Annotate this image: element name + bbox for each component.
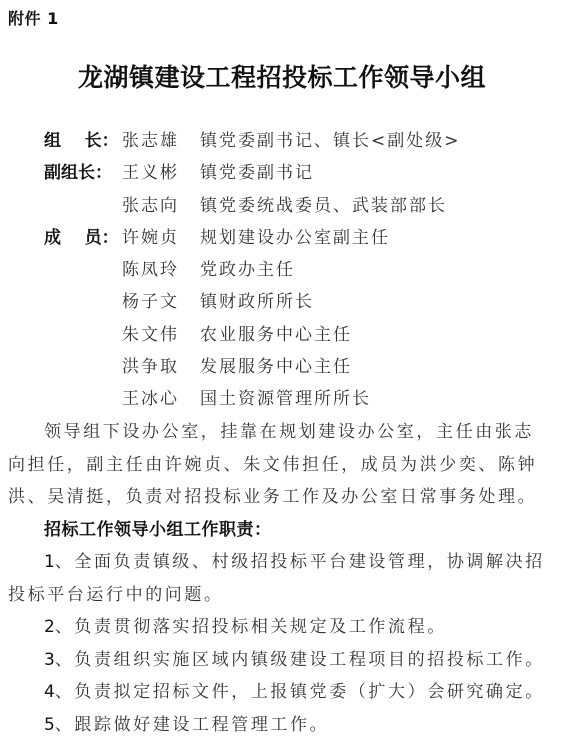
- office-paragraph-line: 向担任，副主任由许婉贞、朱文伟担任，成员为洪少奕、陈钟: [0, 452, 564, 485]
- member-name: 许婉贞: [122, 225, 179, 251]
- member-role: 国土资源管理所所长: [200, 386, 371, 412]
- duty-number: 1: [44, 552, 55, 572]
- member-role: 镇党委副书记: [200, 160, 314, 186]
- member-name: 杨子文: [122, 289, 179, 315]
- duty-text: 、全面负责镇级、村级招投标平台建设管理，协调解决招: [55, 552, 545, 572]
- member-name: 陈凤玲: [122, 257, 179, 283]
- roster-row-deputy-leader: 张志向 镇党委统战委员、武装部部长: [0, 193, 564, 225]
- roster-row-member: 陈凤玲 党政办主任: [0, 257, 564, 289]
- member-name: 朱文伟: [122, 322, 179, 348]
- duty-item-1: 1、全面负责镇级、村级招投标平台建设管理，协调解决招: [0, 549, 564, 582]
- duty-number: 2: [44, 617, 55, 637]
- office-paragraph-line: 洪、吴清挺，负责对招投标业务工作及办公室日常事务处理。: [0, 484, 564, 517]
- document-title: 龙湖镇建设工程招投标工作领导小组: [0, 58, 564, 94]
- member-role: 规划建设办公室副主任: [200, 225, 390, 251]
- roster-row-member: 洪争取 发展服务中心主任: [0, 354, 564, 386]
- member-name: 王冰心: [122, 386, 179, 412]
- duties-heading: 招标工作领导小组工作职责：: [0, 517, 564, 550]
- member-role: 镇财政所所长: [200, 289, 314, 315]
- member-name: 王义彬: [122, 160, 179, 186]
- office-paragraph-line: 领导组下设办公室，挂靠在规划建设办公室，主任由张志: [0, 419, 564, 452]
- document-body: 领导组下设办公室，挂靠在规划建设办公室，主任由张志 向担任，副主任由许婉贞、朱文…: [0, 419, 564, 744]
- member-role: 镇党委副书记、镇长<副处级>: [200, 128, 461, 154]
- member-role: 镇党委统战委员、武装部部长: [200, 193, 447, 219]
- roster-row-member: 成 员： 许婉贞 规划建设办公室副主任: [0, 225, 564, 257]
- roster-label: 副组长：: [44, 160, 118, 186]
- member-role: 党政办主任: [200, 257, 295, 283]
- duty-text: 、负责组织实施区域内镇级建设工程项目的招投标工作。: [55, 650, 545, 670]
- duty-number: 3: [44, 650, 55, 670]
- leadership-roster: 组 长： 张志雄 镇党委副书记、镇长<副处级> 副组长： 王义彬 镇党委副书记 …: [0, 128, 564, 419]
- roster-row-deputy-leader: 副组长： 王义彬 镇党委副书记: [0, 160, 564, 192]
- duty-item-3: 3、负责组织实施区域内镇级建设工程项目的招投标工作。: [0, 647, 564, 680]
- roster-row-member: 朱文伟 农业服务中心主任: [0, 322, 564, 354]
- roster-label: 组 长：: [44, 128, 118, 154]
- duty-item-2: 2、负责贯彻落实招投标相关规定及工作流程。: [0, 614, 564, 647]
- duty-item-5: 5、跟踪做好建设工程管理工作。: [0, 712, 564, 745]
- member-role: 农业服务中心主任: [200, 322, 352, 348]
- member-role: 发展服务中心主任: [200, 354, 352, 380]
- duty-text: 、负责拟定招标文件，上报镇党委（扩大）会研究确定。: [55, 682, 545, 702]
- duty-text: 、跟踪做好建设工程管理工作。: [55, 715, 329, 735]
- roster-row-member: 王冰心 国土资源管理所所长: [0, 386, 564, 418]
- roster-row-leader: 组 长： 张志雄 镇党委副书记、镇长<副处级>: [0, 128, 564, 160]
- roster-row-member: 杨子文 镇财政所所长: [0, 289, 564, 321]
- attachment-label: 附件 1: [8, 6, 59, 29]
- member-name: 张志向: [122, 193, 179, 219]
- duty-item-1-continuation: 投标平台运行中的问题。: [0, 582, 564, 615]
- duty-item-4: 4、负责拟定招标文件，上报镇党委（扩大）会研究确定。: [0, 679, 564, 712]
- duty-number: 5: [44, 715, 55, 735]
- member-name: 张志雄: [122, 128, 179, 154]
- roster-label: 成 员：: [44, 225, 118, 251]
- member-name: 洪争取: [122, 354, 179, 380]
- duty-number: 4: [44, 682, 55, 702]
- duty-text: 、负责贯彻落实招投标相关规定及工作流程。: [55, 617, 447, 637]
